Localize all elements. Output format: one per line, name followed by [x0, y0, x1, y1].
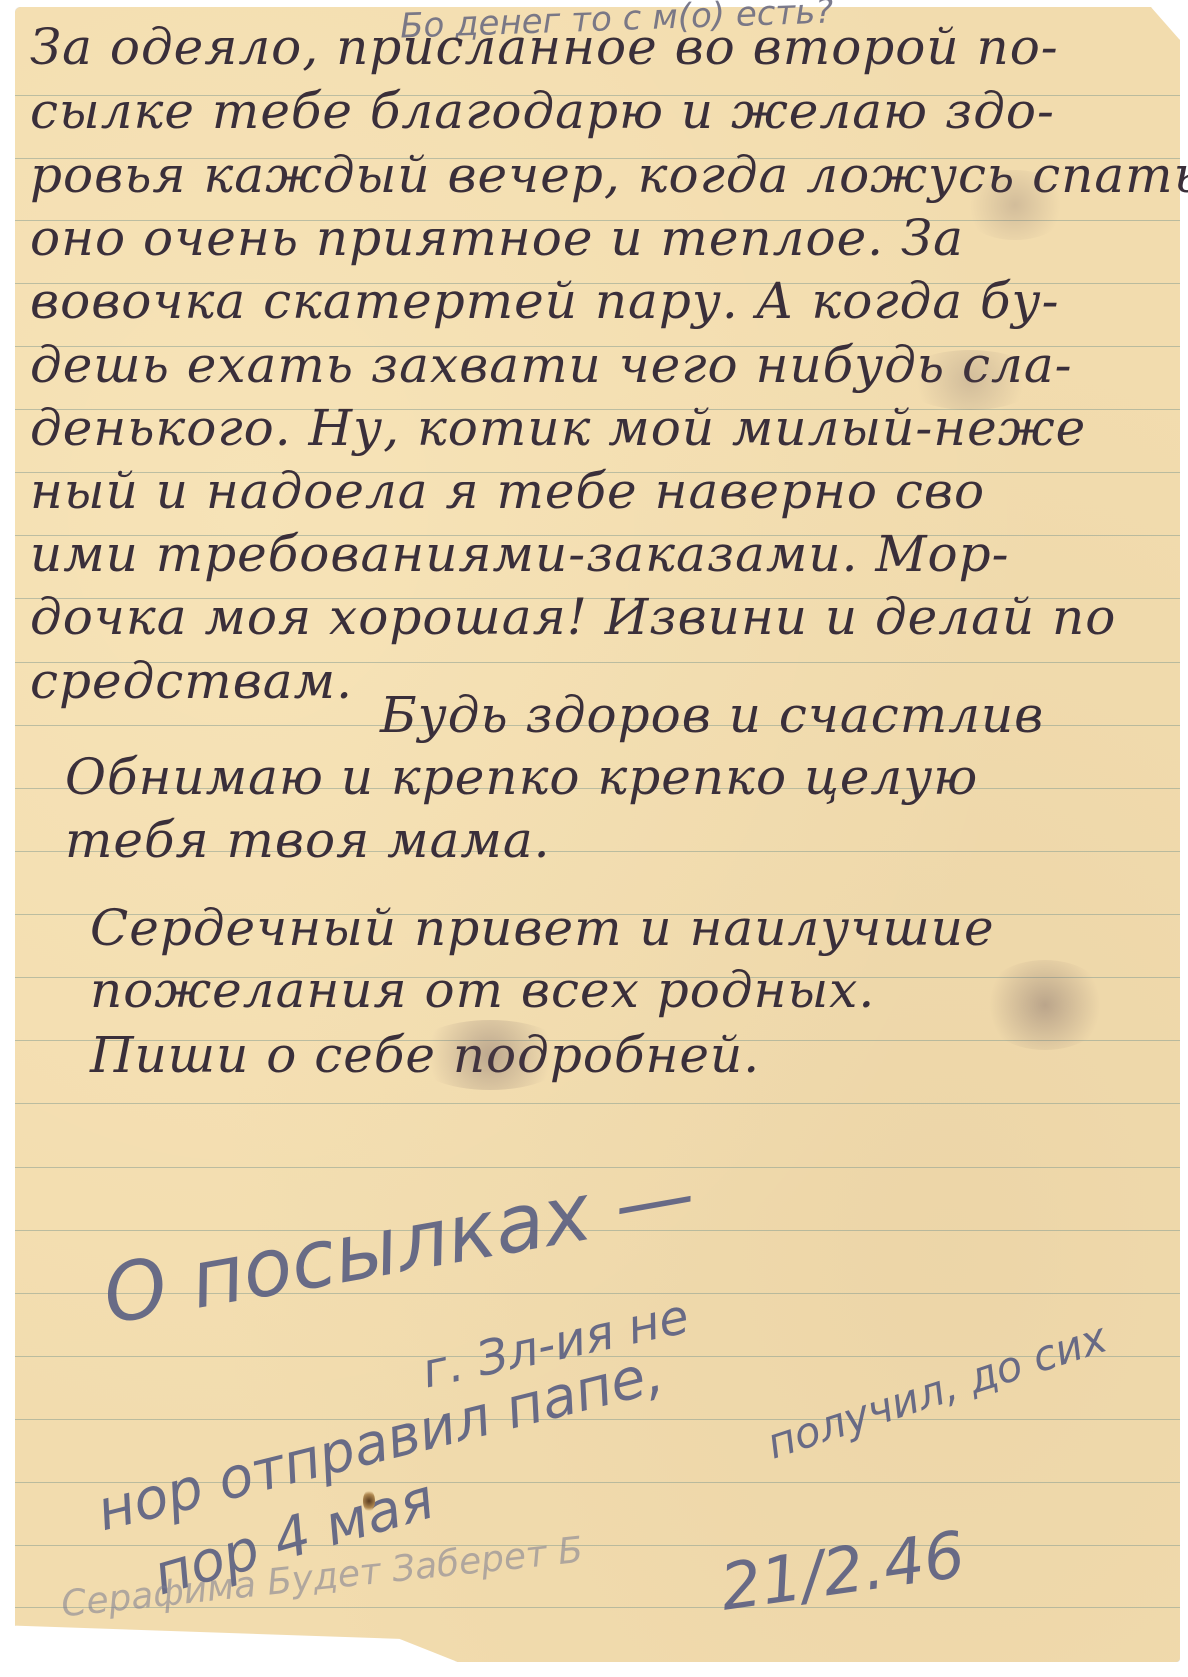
letter-line-7: денького. Ну, котик мой милый-неже	[30, 403, 1086, 453]
letter-line-4: оно очень приятное и теплое. За	[30, 213, 964, 263]
letter-line-5: вовочка скатертей пару. А когда бу-	[30, 276, 1059, 326]
ink-smudge	[980, 960, 1110, 1050]
letter-line-12: Будь здоров и счастлив	[380, 690, 1044, 740]
letter-line-9: ими требованиями-заказами. Мор-	[30, 529, 1010, 579]
letter-line-13: Обнимаю и крепко крепко целую	[65, 752, 978, 802]
postscript-line-1: Сердечный привет и наилучшие	[90, 903, 995, 953]
letter-line-2: сылке тебе благодарю и желаю здо-	[30, 86, 1055, 136]
ink-smudge	[960, 170, 1070, 240]
letter-line-8: ный и надоела я тебе наверно сво	[30, 466, 985, 516]
postscript-line-2: пожелания от всех родных.	[90, 965, 875, 1015]
letter-line-11: средствам.	[30, 656, 353, 706]
letter-line-14: тебя твоя мама.	[65, 815, 551, 865]
ink-smudge	[410, 1020, 570, 1090]
ink-smudge	[900, 350, 1040, 410]
rust-stain	[363, 1490, 375, 1512]
ruled-line	[15, 1103, 1180, 1104]
letter-line-10: дочка моя хорошая! Извини и делай по	[30, 592, 1116, 642]
letter-line-1: За одеяло, присланное во второй по-	[30, 22, 1059, 72]
